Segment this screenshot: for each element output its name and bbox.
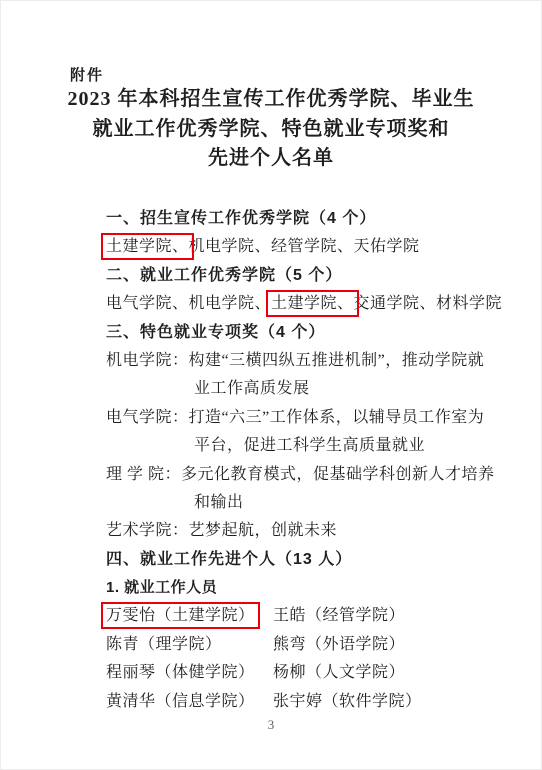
attachment-label: 附件 [70, 64, 104, 85]
name-cell: 程丽琴（体健学院） [106, 659, 273, 687]
section2-heading: 二、就业工作优秀学院（5 个） [106, 262, 498, 290]
section3-entry1-line1: 机电学院：构建“三横四纵五推进机制”，推动学院就 [106, 347, 498, 375]
section4-heading: 四、就业工作先进个人（13 人） [106, 546, 498, 574]
document-page: 附件 2023 年本科招生宣传工作优秀学院、毕业生 就业工作优秀学院、特色就业专… [0, 0, 542, 770]
name-row-4: 黄清华（信息学院） 张宇婷（软件学院） [106, 688, 498, 716]
name-cell: 王皓（经管学院） [273, 602, 440, 630]
name-cell: 黄清华（信息学院） [106, 688, 273, 716]
name-row-3: 程丽琴（体健学院） 杨柳（人文学院） [106, 659, 498, 687]
name-cell: 杨柳（人文学院） [273, 659, 440, 687]
page-number: 3 [1, 717, 541, 733]
name-row-2: 陈青（理学院） 熊弯（外语学院） [106, 631, 498, 659]
section3-entry1-line2: 业工作高质发展 [106, 375, 498, 403]
section3-entry3-line2: 和输出 [106, 489, 498, 517]
highlight-box-wan-wenyi: 万雯怡（土建学院） [106, 607, 255, 624]
name-cell: 张宇婷（软件学院） [273, 688, 440, 716]
section3-entry4-line1: 艺术学院：艺梦起航，创就未来 [106, 517, 498, 545]
section3-entry2-line1: 电气学院：打造“六三”工作体系，以辅导员工作室为 [106, 404, 498, 432]
title-line-1: 2023 年本科招生宣传工作优秀学院、毕业生 [29, 85, 513, 115]
section2-list-post: 交通学院、材料学院 [354, 295, 503, 312]
section4-subheading: 1. 就业工作人员 [106, 574, 498, 602]
document-title: 2023 年本科招生宣传工作优秀学院、毕业生 就业工作优秀学院、特色就业专项奖和… [29, 85, 513, 174]
section2-list-pre: 电气学院、机电学院、 [106, 295, 271, 312]
section3-heading: 三、特色就业专项奖（4 个） [106, 319, 498, 347]
section1-list-rest: 机电学院、经管学院、天佑学院 [189, 238, 420, 255]
title-line-3: 先进个人名单 [29, 144, 513, 174]
name-cell: 陈青（理学院） [106, 631, 273, 659]
name-cell: 熊弯（外语学院） [273, 631, 440, 659]
section1-heading: 一、招生宣传工作优秀学院（4 个） [106, 205, 498, 233]
title-line-2: 就业工作优秀学院、特色就业专项奖和 [29, 115, 513, 145]
section2-list: 电气学院、机电学院、土建学院、交通学院、材料学院 [106, 290, 498, 318]
section3-entry3-line1: 理 学 院：多元化教育模式，促基础学科创新人才培养 [106, 461, 498, 489]
highlight-box-civil-college-2: 土建学院、 [271, 295, 354, 312]
name-cell: 万雯怡（土建学院） [106, 602, 273, 630]
section3-entry2-line2: 平台，促进工科学生高质量就业 [106, 432, 498, 460]
section1-list: 土建学院、机电学院、经管学院、天佑学院 [106, 233, 498, 261]
highlight-box-civil-college-1: 土建学院、 [106, 238, 189, 255]
document-body: 一、招生宣传工作优秀学院（4 个） 土建学院、机电学院、经管学院、天佑学院 二、… [106, 205, 498, 716]
name-row-1: 万雯怡（土建学院） 王皓（经管学院） [106, 602, 498, 630]
